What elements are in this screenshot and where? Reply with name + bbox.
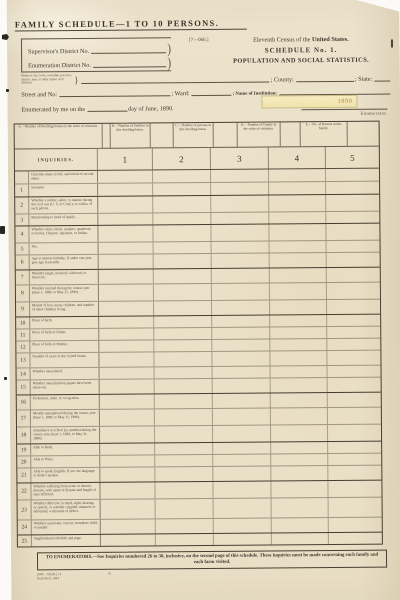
- inquiry-label: Able to Write.: [31, 456, 100, 468]
- answer-cell: [270, 300, 327, 314]
- answer-cell: [99, 340, 154, 351]
- answer-cell: [155, 482, 213, 498]
- answer-cell: [329, 518, 382, 532]
- inquiry-number: 10: [16, 317, 30, 328]
- answer-cell: [98, 170, 153, 182]
- answer-cell: [327, 327, 380, 338]
- inquiry-label: Place of birth.: [30, 317, 99, 329]
- locality-label: Name of city, town, township, precinct, …: [21, 74, 73, 85]
- answer-cell: [212, 268, 270, 282]
- summary-box-answer: [214, 123, 238, 148]
- answer-cell: [155, 394, 213, 408]
- answer-cell: [153, 225, 211, 241]
- inquiry-label: Whether defective in mind, sight, hearin…: [32, 500, 101, 520]
- answer-cell: [155, 467, 213, 481]
- answer-cell: [271, 454, 328, 465]
- answer-cell: [269, 224, 326, 240]
- inquiry-number: 25: [18, 535, 32, 546]
- answer-cell: [328, 393, 381, 407]
- schedule-subtitle: POPULATION AND SOCIAL STATISTICS.: [211, 57, 391, 65]
- inquiry-number: 13: [16, 353, 30, 367]
- answer-cell: [270, 241, 327, 252]
- enumerated-label-start: Enumerated by me on the: [21, 106, 85, 113]
- enumeration-district-field: [93, 66, 167, 68]
- answer-cell: [154, 328, 212, 339]
- person-column-number: 3: [237, 153, 242, 163]
- inquiry-number: 2: [15, 197, 29, 213]
- inquiry-label: Able to Read.: [31, 444, 100, 456]
- inquiry-number: 9: [16, 302, 30, 316]
- answer-cell: [213, 366, 271, 377]
- schedule-table: A.—Number of Dwelling-houses in the orde…: [14, 121, 383, 548]
- year-stamp: 1890: [261, 95, 357, 109]
- inquiry-number: 21: [17, 468, 31, 482]
- answer-cell: [154, 284, 212, 300]
- inquiry-label: Relationship to head of family.: [29, 214, 98, 226]
- inquiry-number: 23: [18, 500, 32, 519]
- print-codes: (800—10638.) 1470 Reprinted, 1944: [37, 570, 400, 581]
- inquiry-label: Number of years in the United States.: [30, 353, 99, 368]
- answer-cell: [154, 254, 212, 268]
- answer-cell: [98, 183, 153, 195]
- answer-cell: [154, 352, 212, 366]
- person-columns-header: INQUIRIES.12345: [15, 147, 379, 172]
- answer-cell: [156, 519, 214, 533]
- inquiry-number: 18: [17, 427, 31, 443]
- inquiry-number: 1: [15, 184, 29, 196]
- person-column-number: 1: [123, 154, 128, 164]
- answer-cell: [155, 409, 213, 425]
- answer-cell: [101, 499, 156, 518]
- answer-cell: [100, 455, 155, 466]
- answer-cell: [155, 367, 213, 378]
- answer-cell: [327, 268, 380, 282]
- census-heading: Eleventh Census of the United States. SC…: [211, 36, 391, 65]
- answer-cell: [326, 224, 379, 240]
- summary-box-answer: [281, 122, 301, 147]
- answer-cell: [271, 408, 328, 424]
- inquiry-number: 16: [17, 395, 31, 409]
- answer-cell: [271, 393, 328, 407]
- answer-cell: [212, 351, 270, 365]
- inquiry-label: Whether a prisoner, convict, homeless ch…: [32, 520, 101, 535]
- inquiry-label: Able to speak English. If not, the langu…: [31, 468, 100, 483]
- answer-cell: [156, 499, 214, 518]
- answer-cell: [155, 426, 213, 442]
- notice-lead: TO ENUMERATORS.: [46, 555, 93, 560]
- answer-cell: [270, 253, 327, 267]
- form-header: Supervisor's District No. ) Enumeration …: [13, 33, 396, 124]
- enumerator-notice: TO ENUMERATORS.—See Inquiries numbered 2…: [37, 550, 387, 571]
- binding-mark: [4, 377, 7, 380]
- answer-cell: [326, 169, 379, 181]
- inquiry-number: 22: [17, 483, 31, 499]
- inquiry-label: Whether white, black, mulatto, quadroon,…: [29, 226, 98, 243]
- answer-cell: [269, 169, 326, 181]
- answer-cell: [270, 351, 327, 365]
- answer-cell: [327, 253, 380, 267]
- binding-mark: [0, 226, 5, 234]
- inquiry-label: Attendance at school (in months) during …: [31, 427, 100, 444]
- answer-cell: [329, 533, 382, 544]
- answer-cell: [98, 213, 153, 224]
- answer-cell: [270, 315, 327, 326]
- summary-box-label: C.—Number of persons in this dwelling-ho…: [174, 123, 214, 148]
- person-column-number: 5: [350, 152, 355, 162]
- summary-box-answer: [103, 124, 111, 149]
- summary-box-label: A.—Number of Dwelling-houses in the orde…: [15, 124, 103, 150]
- answer-cell: [211, 196, 269, 212]
- answer-cell: [100, 443, 155, 454]
- inquiry-number: 19: [17, 444, 31, 455]
- answer-cell: [99, 284, 154, 300]
- answer-cell: [326, 195, 379, 211]
- inquiry-number: 4: [15, 226, 29, 242]
- enumerated-row: Enumerated by me on the day of June, 189…: [21, 105, 231, 114]
- answer-cell: [100, 379, 155, 393]
- answer-cell: [155, 443, 213, 454]
- answer-cell: [329, 498, 382, 517]
- street-label: Street and No:: [21, 91, 57, 98]
- summary-box-label: E.—No. of Persons in this family.: [301, 122, 348, 147]
- inquiry-number: 6: [16, 255, 30, 269]
- answer-cell: [213, 454, 271, 465]
- form-code: [7—066.]: [189, 38, 209, 43]
- street-field: [59, 95, 170, 97]
- answer-cell: [327, 315, 380, 326]
- answer-cell: [211, 224, 269, 240]
- answer-cell: [327, 241, 380, 252]
- ward-label: ; Ward:: [171, 90, 189, 97]
- closing-brace: ): [167, 57, 171, 70]
- supervisor-district-label: Supervisor's District No.: [28, 48, 89, 55]
- answer-cell: [212, 339, 270, 350]
- schedule-number: SCHEDULE No. 1.: [211, 46, 391, 55]
- answer-cell: [270, 327, 327, 338]
- inquiry-label: Months unemployed during the census year…: [31, 410, 100, 427]
- state-label: ; State:: [355, 75, 372, 82]
- inquiries-header: INQUIRIES.: [38, 157, 75, 162]
- answer-cell: [327, 283, 380, 299]
- inquiry-number: 17: [17, 410, 31, 426]
- inquiry-label: Whether suffering from acute or chronic …: [31, 483, 100, 500]
- inquiry-label: Age at nearest birthday. If under one ye…: [30, 255, 99, 270]
- inquiry-label: Whether naturalization papers have been …: [31, 380, 100, 395]
- inquiry-label: Profession, trade, or occupation.: [31, 395, 100, 410]
- ward-field: [192, 95, 232, 96]
- answer-cell: [213, 378, 271, 392]
- inquiry-number: 8: [16, 285, 30, 301]
- answer-cell: [328, 466, 381, 480]
- answer-cell: [272, 533, 329, 544]
- inquiry-number: 5: [16, 243, 30, 254]
- inquiry-number: 11: [16, 329, 30, 340]
- answer-cell: [212, 327, 270, 338]
- answer-cell: [100, 394, 155, 408]
- answer-cell: [153, 196, 211, 212]
- answer-cell: [99, 269, 154, 283]
- answer-cell: [213, 466, 271, 480]
- enumeration-district-row: Enumeration District No. ): [28, 54, 171, 69]
- reprint-note: Reprinted, 1944: [37, 574, 400, 581]
- answer-cell: [271, 366, 328, 377]
- inquiry-number: 7: [16, 270, 30, 284]
- answer-cell: [327, 351, 380, 365]
- closing-brace: ): [167, 43, 171, 56]
- answer-cell: [213, 425, 271, 441]
- enumerator-signature: Enumerator.: [301, 109, 387, 118]
- summary-box-answer: [151, 123, 174, 148]
- inquiry-number: 15: [17, 380, 31, 394]
- answer-cell: [328, 454, 381, 465]
- locality-brace: }: [74, 75, 78, 85]
- answer-cell: [326, 212, 379, 223]
- answer-cell: [213, 481, 271, 497]
- answer-cell: [155, 455, 213, 466]
- answer-cell: [212, 315, 270, 326]
- inquiry-number: 24: [18, 520, 32, 534]
- answer-cell: [101, 534, 156, 545]
- county-field: [296, 80, 354, 81]
- inquiry-number: 3: [15, 214, 29, 225]
- answer-cell: [328, 378, 381, 392]
- answer-cell: [212, 300, 270, 314]
- answer-cell: [154, 242, 212, 253]
- answer-cell: [327, 300, 380, 314]
- summary-box-answer: [348, 122, 379, 147]
- answer-cell: [327, 339, 380, 350]
- answer-cell: [272, 518, 329, 532]
- answer-cell: [328, 408, 381, 424]
- inquiry-label: Whether naturalized.: [31, 368, 100, 380]
- answer-cell: [269, 212, 326, 223]
- enumerator-label: Enumerator.: [361, 111, 388, 116]
- edge-tick-mark: [391, 40, 393, 48]
- answer-cell: [153, 213, 211, 224]
- page-title: FAMILY SCHEDULE—1 TO 10 PERSONS.: [15, 16, 400, 29]
- summary-box-label: D.—Number of Family in the order of visi…: [238, 122, 281, 147]
- summary-box-label: B.—Number of families in this dwelling-h…: [111, 123, 151, 148]
- inquiry-row: 23Whether defective in mind, sight, hear…: [18, 498, 382, 521]
- answer-cell: [154, 301, 212, 315]
- stamp-year-text: 1890: [337, 98, 352, 105]
- inquiry-label: Place of birth of Father.: [30, 329, 99, 341]
- answer-cell: [211, 213, 269, 224]
- answer-cell: [100, 467, 155, 481]
- answer-cell: [99, 254, 154, 268]
- answer-cell: [271, 425, 328, 441]
- inquiry-number: 14: [17, 368, 31, 379]
- inquiries-body: Christian name in full, and initial of s…: [15, 169, 382, 547]
- answer-cell: [99, 316, 154, 327]
- answer-cell: [271, 481, 328, 497]
- inquiry-label: Sex.: [30, 243, 99, 255]
- enumeration-day-field: [87, 111, 127, 112]
- answer-cell: [154, 269, 212, 283]
- answer-cell: [211, 183, 269, 195]
- answer-cell: [100, 367, 155, 378]
- binding-mark: [6, 89, 9, 92]
- answer-cell: [328, 442, 381, 453]
- print-code-right: 70: [107, 572, 110, 576]
- inquiry-label: Surname.: [29, 184, 98, 197]
- answer-cell: [212, 253, 270, 267]
- answer-cell: [153, 183, 211, 195]
- person-column-number: 4: [295, 153, 300, 163]
- inquiry-label: Whether single, married, widowed, or div…: [30, 270, 99, 285]
- answer-cell: [98, 196, 153, 212]
- inquiry-number: 12: [16, 341, 30, 352]
- locality-row: Name of city, town, township, precinct, …: [21, 72, 391, 85]
- answer-cell: [211, 170, 269, 182]
- inquiry-label: Supplemental schedule and page.: [32, 535, 101, 547]
- enumeration-district-label: Enumeration District No.: [28, 62, 91, 69]
- answer-cell: [270, 268, 327, 282]
- answer-cell: [212, 283, 270, 299]
- district-number-box: Supervisor's District No. ) Enumeration …: [21, 37, 171, 72]
- inquiry-label: Whether married during the census year (…: [30, 285, 99, 302]
- answer-cell: [213, 408, 271, 424]
- census-form-sheet: FAMILY SCHEDULE—1 TO 10 PERSONS. Supervi…: [7, 0, 400, 600]
- answer-cell: [153, 170, 211, 182]
- county-label: ; County:: [271, 76, 294, 83]
- answer-cell: [99, 328, 154, 339]
- person-column-number: 2: [179, 154, 184, 164]
- answer-cell: [100, 426, 155, 442]
- answer-cell: [271, 442, 328, 453]
- answer-cell: [272, 498, 329, 517]
- inquiry-label: Christian name in full, and initial of s…: [29, 171, 98, 184]
- census-title: Eleventh Census of the United States.: [211, 36, 391, 44]
- answer-cell: [271, 378, 328, 392]
- answer-cell: [155, 379, 213, 393]
- state-field: [374, 80, 390, 81]
- inquiry-label: Whether a soldier, sailor, or marine dur…: [29, 197, 98, 214]
- summary-header-row: A.—Number of Dwelling-houses in the orde…: [15, 122, 379, 150]
- answer-cell: [269, 182, 326, 194]
- answer-cell: [326, 182, 379, 194]
- answer-cell: [99, 242, 154, 253]
- inquiry-number: [15, 171, 29, 183]
- answer-cell: [328, 481, 381, 497]
- answer-cell: [154, 340, 212, 351]
- inquiry-label: Place of birth of Mother.: [30, 341, 99, 353]
- answer-cell: [214, 498, 272, 517]
- answer-cell: [271, 466, 328, 480]
- answer-cell: [100, 409, 155, 425]
- supervisor-district-row: Supervisor's District No. ): [28, 40, 171, 55]
- answer-cell: [156, 534, 214, 545]
- answer-cell: [213, 442, 271, 453]
- inquiry-row: 25Supplemental schedule and page.: [18, 533, 382, 547]
- answer-cell: [99, 352, 154, 366]
- enumerated-label-end: day of June, 1890.: [128, 105, 174, 112]
- inquiry-label: Mother of how many children, and number …: [30, 302, 99, 317]
- answer-cell: [328, 425, 381, 441]
- inquiry-number: 20: [17, 456, 31, 467]
- notice-text: —See Inquiries numbered 26 to 30, inclus…: [92, 553, 378, 566]
- answer-cell: [214, 518, 272, 532]
- answer-cell: [214, 533, 272, 544]
- answer-cell: [328, 366, 381, 377]
- answer-cell: [154, 316, 212, 327]
- answer-cell: [213, 393, 271, 407]
- answer-cell: [269, 195, 326, 211]
- locality-field: [82, 81, 270, 83]
- answer-cell: [98, 225, 153, 241]
- answer-cell: [101, 519, 156, 533]
- answer-cell: [99, 301, 154, 315]
- answer-cell: [100, 482, 155, 498]
- answer-cell: [212, 241, 270, 252]
- answer-cell: [270, 283, 327, 299]
- answer-cell: [270, 339, 327, 350]
